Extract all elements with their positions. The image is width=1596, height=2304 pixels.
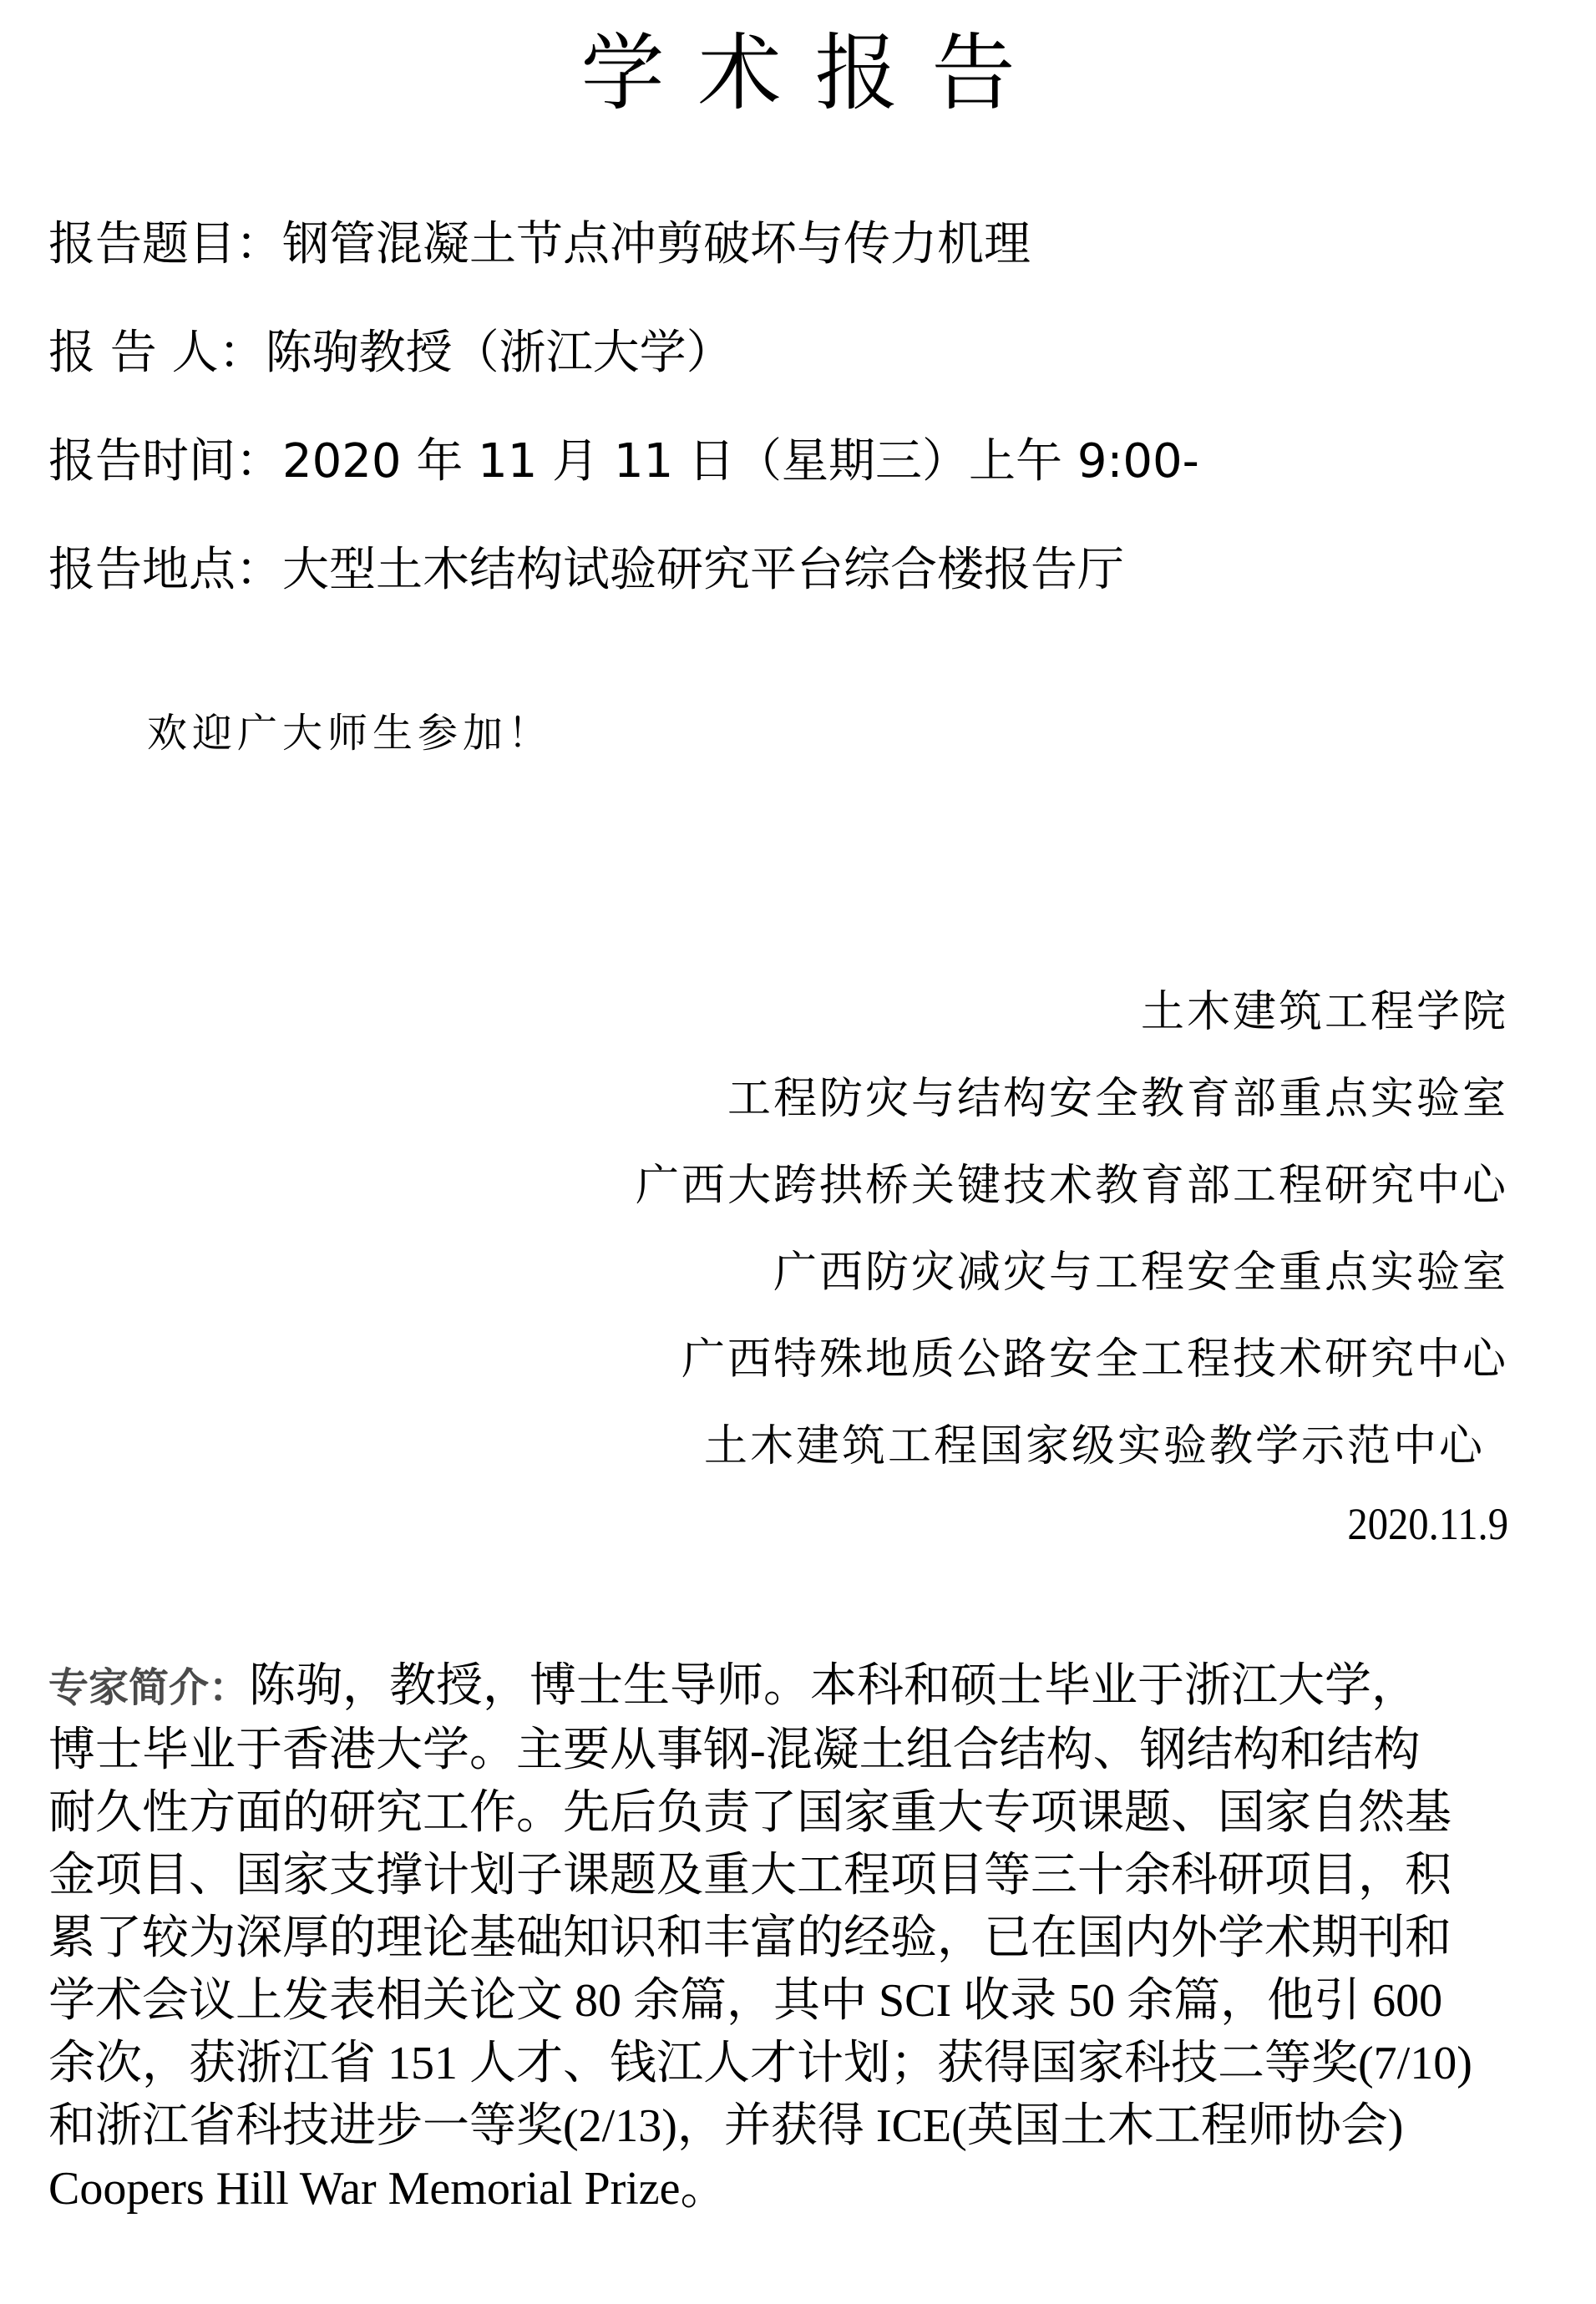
- expert-bio: 专家简介：陈驹，教授，博士生导师。本科和硕士毕业于浙江大学， 博士毕业于香港大学…: [48, 1655, 1510, 2220]
- organizers-list: 土木建筑工程学院 工程防灾与结构安全教育部重点实验室 广西大跨拱桥关键技术教育部…: [636, 969, 1508, 1490]
- report-topic: 报告题目：钢管混凝土节点冲剪破坏与传力机理: [48, 215, 1031, 274]
- bio-line: 余次，获浙江省 151 人才、钱江人才计划；获得国家科技二等奖(7/10): [48, 2033, 1510, 2095]
- bio-text: 陈驹，教授，博士生导师。本科和硕士毕业于浙江大学，: [249, 1660, 1418, 1712]
- report-time: 报告时间：2020 年 11 月 11 日（星期三）上午 9:00-: [48, 433, 1199, 491]
- bio-line: 累了较为深厚的理论基础知识和丰富的经验，已在国内外学术期刊和: [48, 1907, 1510, 1970]
- report-location-label: 报告地点：: [48, 541, 282, 600]
- bio-line: 专家简介：陈驹，教授，博士生导师。本科和硕士毕业于浙江大学，: [48, 1655, 1510, 1719]
- organizer: 广西特殊地质公路安全工程技术研究中心: [636, 1316, 1508, 1403]
- page-title: 学术报告: [0, 23, 1596, 124]
- organizer: 土木建筑工程学院: [636, 969, 1508, 1056]
- bio-line: 和浙江省科技进步一等奖(2/13)，并获得 ICE(英国土木工程师协会): [48, 2095, 1510, 2158]
- organizer: 工程防灾与结构安全教育部重点实验室: [636, 1056, 1508, 1142]
- organizer: 广西防灾减灾与工程安全重点实验室: [636, 1229, 1508, 1316]
- reporter-value: 陈驹教授（浙江大学）: [266, 326, 733, 380]
- welcome-message: 欢迎广大师生参加！: [147, 708, 553, 758]
- report-location-value: 大型土木结构试验研究平台综合楼报告厅: [282, 543, 1124, 597]
- bio-line: Coopers Hill War Memorial Prize。: [48, 2158, 1510, 2220]
- report-time-label: 报告时间：: [48, 433, 282, 491]
- bio-line: 博士毕业于香港大学。主要从事钢-混凝土组合结构、钢结构和结构: [48, 1719, 1510, 1782]
- report-location: 报告地点：大型土木结构试验研究平台综合楼报告厅: [48, 541, 1124, 600]
- reporter-label: 报 告 人：: [48, 324, 266, 382]
- bio-label: 专家简介：: [48, 1664, 249, 1711]
- report-topic-label: 报告题目：: [48, 215, 282, 274]
- bio-line: 金项目、国家支撑计划子课题及重大工程项目等三十余科研项目，积: [48, 1845, 1510, 1907]
- organizer: 土木建筑工程国家级实验教学示范中心: [636, 1403, 1485, 1490]
- bio-line: 耐久性方面的研究工作。先后负责了国家重大专项课题、国家自然基: [48, 1782, 1510, 1845]
- reporter: 报 告 人：陈驹教授（浙江大学）: [48, 324, 733, 382]
- organizer: 广西大跨拱桥关键技术教育部工程研究中心: [636, 1142, 1508, 1229]
- bio-line: 学术会议上发表相关论文 80 余篇，其中 SCI 收录 50 余篇，他引 600: [48, 1970, 1510, 2033]
- issue-date: 2020.11.9: [1347, 1495, 1508, 1553]
- report-topic-value: 钢管混凝土节点冲剪破坏与传力机理: [282, 217, 1031, 271]
- report-time-value: 2020 年 11 月 11 日（星期三）上午 9:00-: [282, 434, 1199, 489]
